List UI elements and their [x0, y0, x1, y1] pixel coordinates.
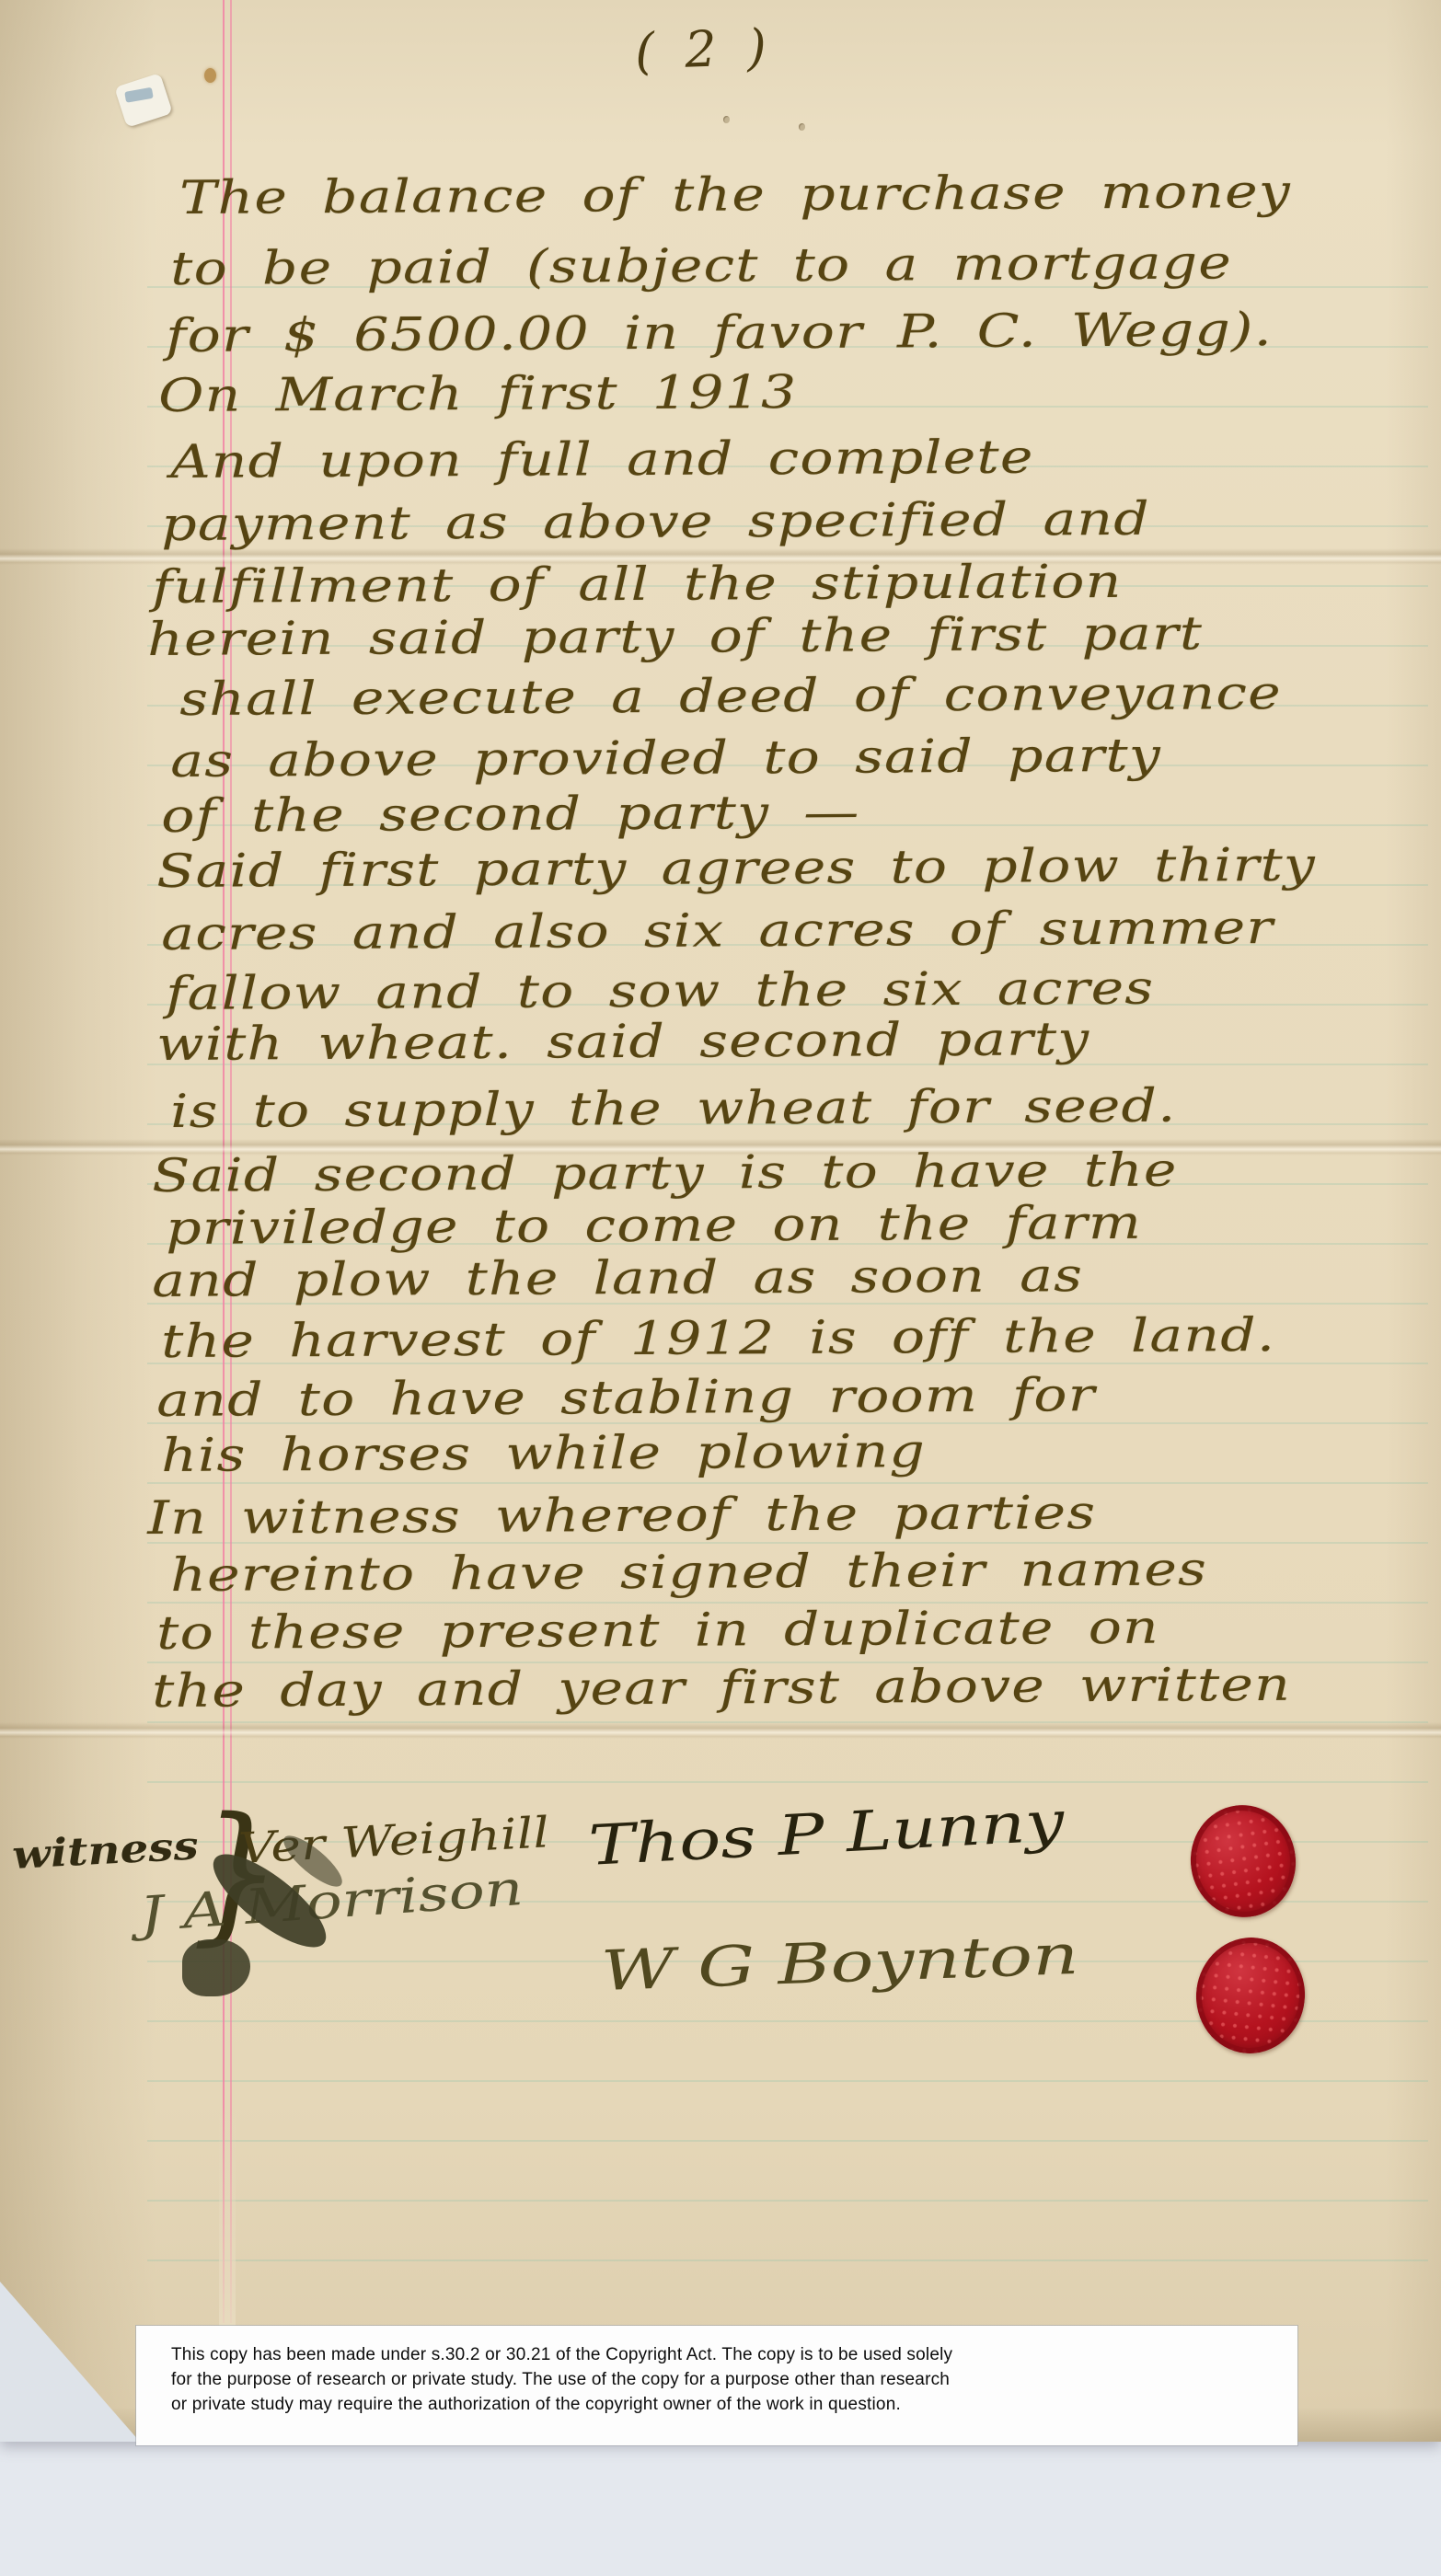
handwritten-line: and plow the land as soon as — [152, 1248, 1083, 1308]
scanned-document: ( 2 ) The balance of the purchase money … — [0, 0, 1441, 2576]
handwritten-line: priviledge to come on the farm — [166, 1195, 1142, 1256]
handwritten-line: shall execute a deed of conveyance — [179, 665, 1282, 727]
handwritten-line: payment as above specified and — [161, 491, 1150, 552]
pinhole — [723, 116, 730, 123]
handwritten-line: fulfillment of all the stipulation — [152, 554, 1123, 615]
handwritten-line: herein said party of the first part — [147, 605, 1203, 667]
handwritten-line: On March first 1913 — [158, 364, 798, 423]
page-number: ( 2 ) — [634, 17, 775, 80]
handwritten-line: Said second party is to have the — [152, 1143, 1178, 1203]
handwritten-line: And upon full and complete — [170, 430, 1034, 489]
fold-crease — [0, 1722, 1441, 1739]
staple-bar — [124, 87, 154, 103]
handwritten-line: his horses while plowing — [161, 1423, 926, 1483]
copyright-notice-box: This copy has been made under s.30.2 or … — [136, 2326, 1297, 2445]
margin-rule-fade — [219, 2107, 236, 2328]
handwritten-line: the day and year first above written — [152, 1657, 1291, 1719]
handwritten-line: hereinto have signed their names — [170, 1541, 1207, 1603]
handwritten-line: The balance of the purchase money — [179, 164, 1291, 225]
notice-line: This copy has been made under s.30.2 or … — [171, 2342, 1266, 2367]
handwritten-line: for $ 6500.00 in favor P. C. Wegg). — [166, 302, 1273, 363]
stain-spot — [204, 68, 216, 83]
handwritten-line: with wheat. said second party — [156, 1011, 1090, 1072]
pinhole — [799, 123, 805, 131]
handwritten-line: is to supply the wheat for seed. — [170, 1078, 1177, 1139]
handwritten-line: as above provided to said party — [170, 728, 1161, 788]
notice-line: for the purpose of research or private s… — [171, 2367, 1266, 2392]
handwritten-line: acres and also six acres of summer — [161, 900, 1274, 961]
handwritten-line: and to have stabling room for — [156, 1367, 1096, 1428]
notice-line: or private study may require the authori… — [171, 2392, 1266, 2417]
handwritten-line: In witness whereof the parties — [147, 1485, 1096, 1546]
handwritten-line: to be paid (subject to a mortgage — [170, 235, 1232, 296]
handwritten-line: of the second party — — [161, 785, 860, 844]
handwritten-line: to these present in duplicate on — [156, 1600, 1159, 1661]
copyright-notice-text: This copy has been made under s.30.2 or … — [171, 2342, 1266, 2417]
handwritten-line: Said first party agrees to plow thirty — [156, 837, 1316, 899]
handwritten-line: the harvest of 1912 is off the land. — [161, 1307, 1275, 1369]
